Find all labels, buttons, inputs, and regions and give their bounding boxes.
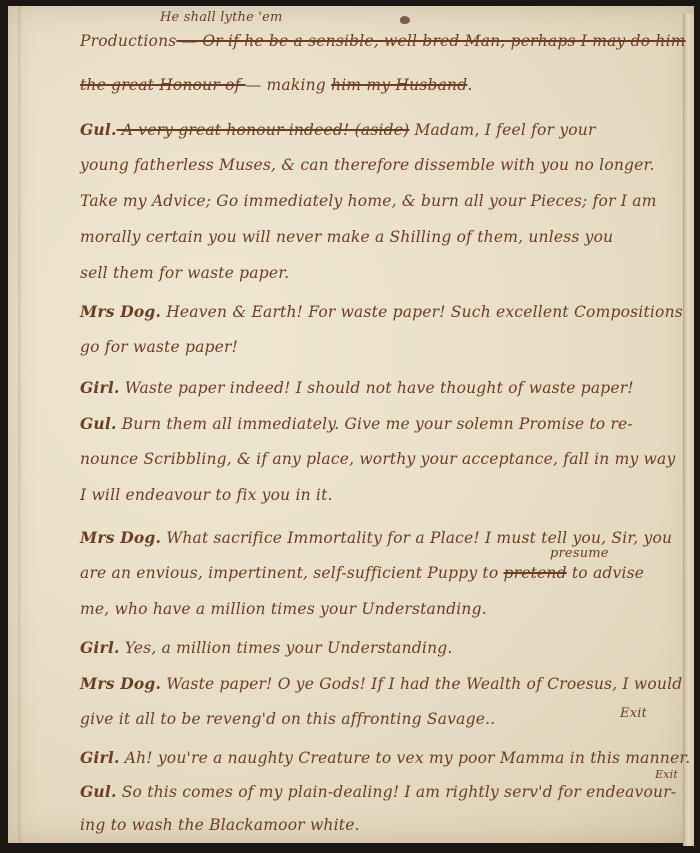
- text-segment: are an envious, impertinent, self-suffic…: [80, 564, 504, 582]
- text-segment: I will endeavour to fix you in it.: [80, 486, 333, 504]
- struck-text: him my Husband: [331, 76, 467, 94]
- speaker-label: Girl.: [80, 638, 120, 657]
- struck-text: pretend: [504, 564, 567, 582]
- line-21: Gul. So this comes of my plain-dealing! …: [80, 782, 676, 801]
- line-22: ing to wash the Blackamoor white.: [80, 816, 360, 834]
- text-segment: Waste paper indeed! I should not have th…: [120, 379, 634, 397]
- text-segment: So this comes of my plain-dealing! I am …: [117, 783, 677, 801]
- line-15: are an envious, impertinent, self-suffic…: [80, 564, 644, 582]
- text-segment: give it all to be reveng'd on this affro…: [80, 710, 495, 728]
- line-2: the great Honour of — making him my Husb…: [80, 76, 472, 94]
- speaker-label: Mrs Dog.: [80, 674, 161, 693]
- text-segment: me, who have a million times your Unders…: [80, 600, 487, 618]
- manuscript-page: He shall lythe 'em Productions — Or if h…: [8, 6, 694, 843]
- line-13: I will endeavour to fix you in it.: [80, 486, 333, 504]
- struck-text: — Or if he be a sensible, well bred Man,…: [176, 32, 685, 50]
- line-5: Take my Advice; Go immediately home, & b…: [80, 192, 657, 210]
- text-segment: morally certain you will never make a Sh…: [80, 228, 613, 246]
- speaker-label: Gul.: [80, 782, 117, 801]
- text-segment: Waste paper! O ye Gods! If I had the Wea…: [161, 675, 682, 693]
- line-18: Mrs Dog. Waste paper! O ye Gods! If I ha…: [80, 674, 682, 693]
- text-segment: Take my Advice; Go immediately home, & b…: [80, 192, 657, 210]
- text-segment: Ah! you're a naughty Creature to vex my …: [120, 749, 691, 767]
- speaker-label: Mrs Dog.: [80, 528, 161, 547]
- line-20: Girl. Ah! you're a naughty Creature to v…: [80, 748, 690, 767]
- insertion-note: presume: [550, 546, 609, 561]
- ink-blot: [400, 16, 410, 24]
- text-segment: go for waste paper!: [80, 338, 238, 356]
- stage-direction-exit: Exit: [655, 768, 678, 781]
- text-segment: — making: [246, 76, 331, 94]
- page-gutter: [683, 14, 694, 846]
- text-segment: nounce Scribbling, & if any place, worth…: [80, 450, 675, 468]
- text-segment: Madam, I feel for your: [409, 121, 595, 139]
- text-segment: young fatherless Muses, & can therefore …: [80, 156, 655, 174]
- stage-direction-exit: Exit: [620, 706, 647, 721]
- text-segment: ing to wash the Blackamoor white.: [80, 816, 360, 834]
- line-8: Mrs Dog. Heaven & Earth! For waste paper…: [80, 302, 683, 321]
- speaker-label: Girl.: [80, 378, 120, 397]
- line-4: young fatherless Muses, & can therefore …: [80, 156, 655, 174]
- speaker-label: Gul.: [80, 414, 117, 433]
- line-3: Gul. A very great honour indeed! (aside)…: [80, 120, 596, 139]
- line-10: Girl. Waste paper indeed! I should not h…: [80, 378, 634, 397]
- line-19: give it all to be reveng'd on this affro…: [80, 710, 495, 728]
- line-16: me, who have a million times your Unders…: [80, 600, 487, 618]
- line-9: go for waste paper!: [80, 338, 238, 356]
- text-segment: Heaven & Earth! For waste paper! Such ex…: [161, 303, 683, 321]
- text-segment: Yes, a million times your Understanding.: [120, 639, 453, 657]
- interlinear-note: He shall lythe 'em: [160, 10, 283, 25]
- line-12: nounce Scribbling, & if any place, worth…: [80, 450, 675, 468]
- line-6: morally certain you will never make a Sh…: [80, 228, 613, 246]
- line-7: sell them for waste paper.: [80, 264, 289, 282]
- struck-text: A very great honour indeed! (aside): [117, 121, 410, 139]
- speaker-label: Gul.: [80, 120, 117, 139]
- speaker-label: Mrs Dog.: [80, 302, 161, 321]
- struck-text: the great Honour of: [80, 76, 246, 94]
- line-11: Gul. Burn them all immediately. Give me …: [80, 414, 633, 433]
- text-segment: .: [467, 76, 472, 94]
- line-17: Girl. Yes, a million times your Understa…: [80, 638, 453, 657]
- line-14: Mrs Dog. What sacrifice Immortality for …: [80, 528, 672, 547]
- text-segment: What sacrifice Immortality for a Place! …: [161, 529, 672, 547]
- text-segment: to advise: [567, 564, 644, 582]
- text-segment: Productions: [80, 32, 176, 50]
- line-1: Productions — Or if he be a sensible, we…: [80, 32, 686, 50]
- text-segment: sell them for waste paper.: [80, 264, 289, 282]
- text-segment: Burn them all immediately. Give me your …: [117, 415, 633, 433]
- speaker-label: Girl.: [80, 748, 120, 767]
